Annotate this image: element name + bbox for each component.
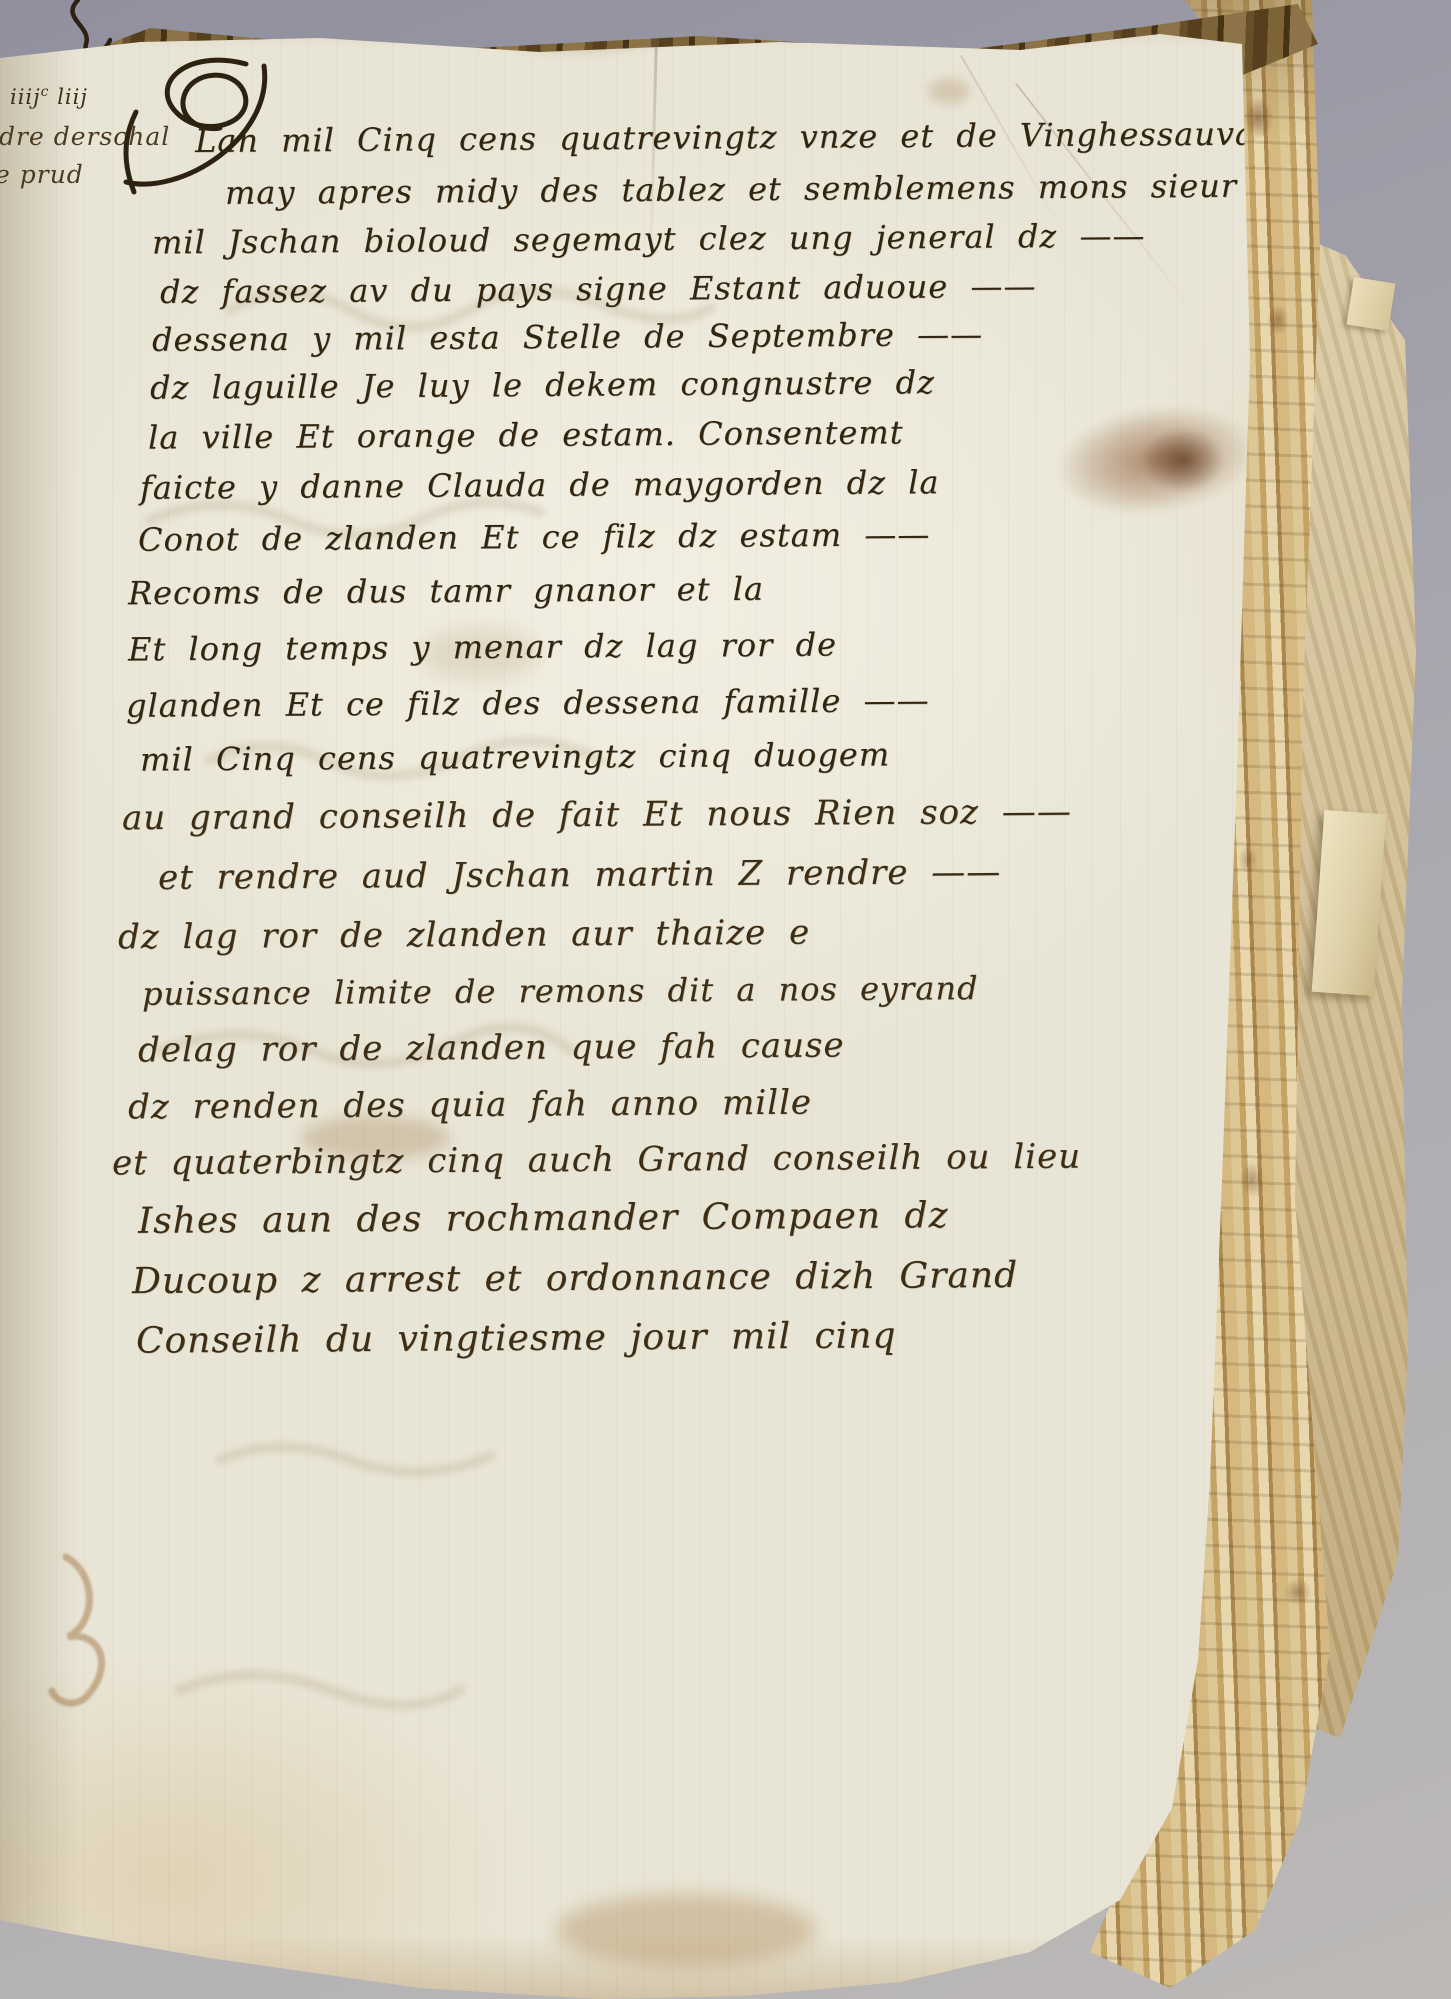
margin-note: de prud	[0, 160, 84, 189]
manuscript-line: glanden Et ce filz des dessena famille —…	[126, 681, 930, 725]
manuscript-line: Ducoup z arrest et ordonnance dizh Grand	[132, 1255, 1018, 1302]
folio-number: iiijc liij	[10, 84, 88, 109]
manuscript-line: Conseilh du vingtiesme jour mil cinq	[136, 1315, 897, 1361]
folio-rest: liij	[57, 85, 88, 109]
manuscript-line: faicte y danne Clauda de maygorden dz la	[140, 463, 940, 507]
manuscript-line: Recoms de dus tamr gnanor et la	[128, 570, 764, 612]
manuscript-line: au grand conseilh de fait Et nous Rien s…	[122, 792, 1072, 839]
folio-superscript: c	[41, 84, 50, 100]
manuscript-line: delag ror de zlanden que fah cause	[138, 1026, 845, 1071]
manuscript-line: Conot de zlanden Et ce filz dz estam ——	[138, 515, 931, 559]
manuscript-line: la ville Et orange de estam. Consentemt	[148, 413, 904, 456]
manuscript-line: Et long temps y menar dz lag ror de	[128, 626, 837, 669]
folio-base: iiij	[10, 85, 41, 109]
manuscript-line: et quaterbingtz cinq auch Grand conseilh…	[112, 1137, 1081, 1184]
manuscript-line: may apres midy des tablez et semblemens …	[225, 166, 1326, 212]
manuscript-line: dz fassez av du pays signe Estant aduoue…	[160, 267, 1037, 311]
manuscript-line: dz laguille Je luy le dekem congnustre d…	[150, 363, 935, 406]
manuscript-line: dz renden des quia fah anno mille	[128, 1083, 812, 1128]
parchment-tab	[1312, 810, 1387, 996]
margin-note: ordre derschal	[0, 122, 170, 151]
manuscript-line: dz lag ror de zlanden aur thaize e	[118, 913, 810, 958]
manuscript-photo: iiijc liij ordre derschal de prud Lan mi…	[0, 0, 1451, 1999]
parchment-tab-small	[1347, 277, 1396, 331]
manuscript-line: dessena y mil esta Stelle de Septembre —…	[152, 315, 983, 359]
manuscript-line: mil Jschan bioloud segemayt clez ung jen…	[152, 217, 1146, 262]
margin-showthrough-mark	[36, 1545, 156, 1735]
manuscript-line: mil Cinq cens quatrevingtz cinq duogem	[140, 735, 890, 778]
manuscript-line: et rendre aud Jschan martin Z rendre ——	[158, 852, 1001, 898]
manuscript-line: Lan mil Cinq cens quatrevingtz vnze et d…	[195, 114, 1355, 160]
manuscript-line: puissance limite de remons dit a nos eyr…	[142, 969, 979, 1013]
manuscript-line: Ishes aun des rochmander Compaen dz	[138, 1195, 949, 1242]
